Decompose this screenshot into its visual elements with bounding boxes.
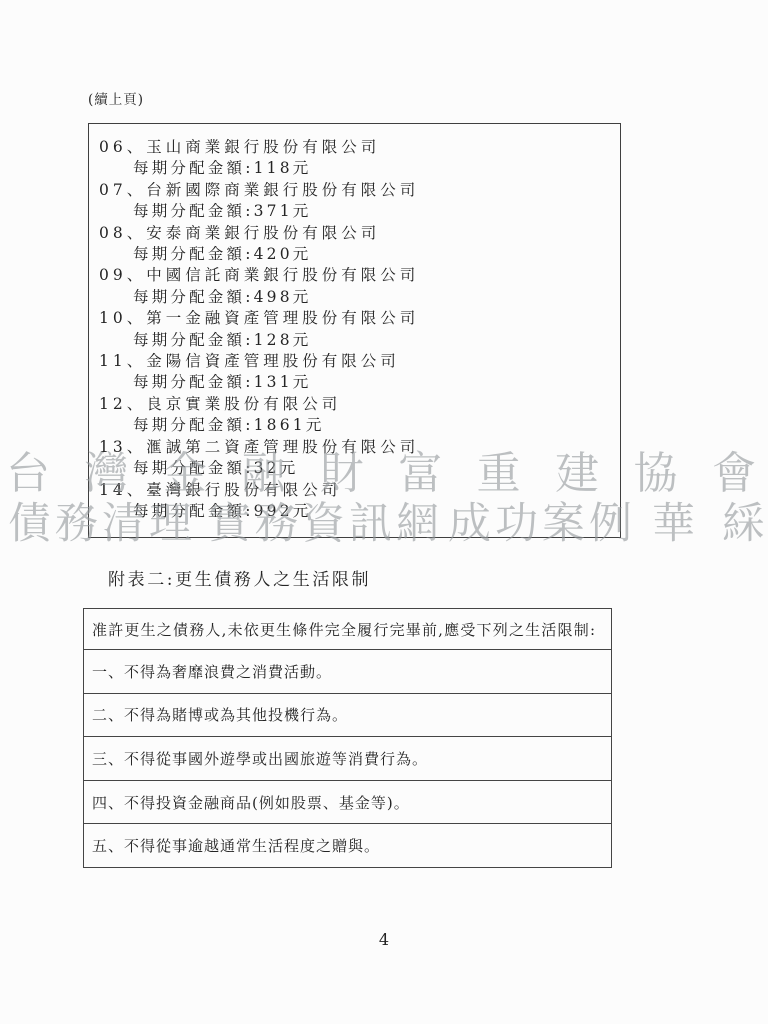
creditor-amount-line: 每期分配金額:992元 (89, 501, 620, 522)
creditor-company-line: 11、金陽信資產管理股份有限公司 (89, 351, 620, 372)
watermark-char: 協 (634, 450, 678, 498)
page-number: 4 (0, 930, 768, 949)
continuation-note: (續上頁) (88, 88, 144, 108)
watermark-char: 會 (712, 450, 756, 498)
creditor-item: 14、臺灣銀行股份有限公司 每期分配金額:992元 (89, 480, 620, 523)
creditor-company-line: 13、滙誠第二資產管理股份有限公司 (89, 437, 620, 458)
creditor-item: 06、玉山商業銀行股份有限公司 每期分配金額:118元 (89, 137, 620, 180)
creditor-item: 11、金陽信資產管理股份有限公司 每期分配金額:131元 (89, 351, 620, 394)
creditor-amount-line: 每期分配金額:128元 (89, 330, 620, 351)
creditor-company-line: 14、臺灣銀行股份有限公司 (89, 480, 620, 501)
creditor-amount-line: 每期分配金額:118元 (89, 158, 620, 179)
creditor-list-box: 06、玉山商業銀行股份有限公司 每期分配金額:118元 07、台新國際商業銀行股… (88, 123, 621, 538)
creditor-amount-line: 每期分配金額:1861元 (89, 415, 620, 436)
creditor-company-line: 07、台新國際商業銀行股份有限公司 (89, 180, 620, 201)
creditor-item: 12、良京實業股份有限公司 每期分配金額:1861元 (89, 394, 620, 437)
restrictions-table: 准許更生之債務人,未依更生條件完全履行完畢前,應受下列之生活限制: 一、不得為奢… (83, 608, 612, 868)
creditor-company-line: 12、良京實業股份有限公司 (89, 394, 620, 415)
watermark-group: 華 (652, 500, 699, 548)
creditor-amount-line: 每期分配金額:32元 (89, 458, 620, 479)
creditor-company-line: 06、玉山商業銀行股份有限公司 (89, 137, 620, 158)
restriction-row: 四、不得投資金融商品(例如股票、基金等)。 (84, 781, 611, 825)
creditor-amount-line: 每期分配金額:131元 (89, 372, 620, 393)
watermark-char: 台 (6, 450, 50, 498)
creditor-amount-line: 每期分配金額:371元 (89, 201, 620, 222)
creditor-item: 13、滙誠第二資產管理股份有限公司 每期分配金額:32元 (89, 437, 620, 480)
creditor-amount-line: 每期分配金額:420元 (89, 244, 620, 265)
creditor-item: 08、安泰商業銀行股份有限公司 每期分配金額:420元 (89, 223, 620, 266)
creditor-company-line: 10、第一金融資產管理股份有限公司 (89, 308, 620, 329)
creditor-item: 09、中國信託商業銀行股份有限公司 每期分配金額:498元 (89, 265, 620, 308)
creditor-amount-line: 每期分配金額:498元 (89, 287, 620, 308)
restriction-row: 五、不得從事逾越通常生活程度之贈與。 (84, 824, 611, 867)
watermark-group: 綵 (722, 500, 768, 548)
creditor-company-line: 08、安泰商業銀行股份有限公司 (89, 223, 620, 244)
restriction-row: 一、不得為奢靡浪費之消費活動。 (84, 650, 611, 694)
creditor-item: 07、台新國際商業銀行股份有限公司 每期分配金額:371元 (89, 180, 620, 223)
restriction-row: 二、不得為賭博或為其他投機行為。 (84, 694, 611, 738)
scanned-document-page: (續上頁) 06、玉山商業銀行股份有限公司 每期分配金額:118元 07、台新國… (0, 0, 768, 1024)
creditor-item: 10、第一金融資產管理股份有限公司 每期分配金額:128元 (89, 308, 620, 351)
appendix-title: 附表二:更生債務人之生活限制 (108, 565, 371, 590)
restrictions-table-header: 准許更生之債務人,未依更生條件完全履行完畢前,應受下列之生活限制: (84, 609, 611, 650)
creditor-company-line: 09、中國信託商業銀行股份有限公司 (89, 265, 620, 286)
creditor-list: 06、玉山商業銀行股份有限公司 每期分配金額:118元 07、台新國際商業銀行股… (89, 137, 620, 522)
restrictions-table-rows: 一、不得為奢靡浪費之消費活動。 二、不得為賭博或為其他投機行為。 三、不得從事國… (84, 650, 611, 867)
restriction-row: 三、不得從事國外遊學或出國旅遊等消費行為。 (84, 737, 611, 781)
